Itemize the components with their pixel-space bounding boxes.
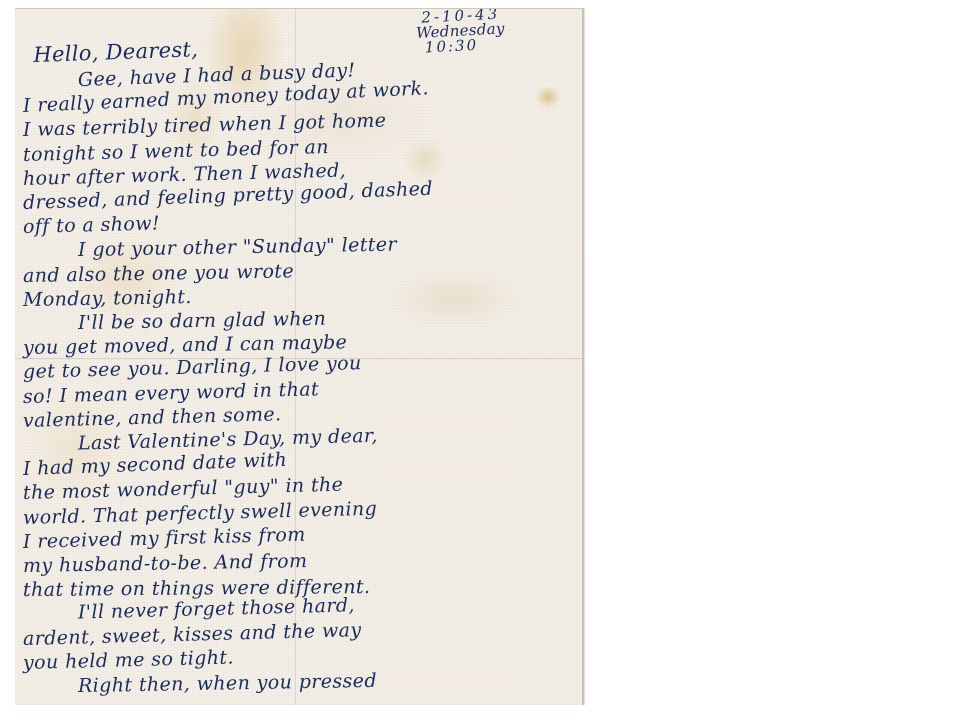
letter-time: 10:30 — [417, 36, 506, 56]
letter-line: my husband-to-be. And from — [23, 550, 308, 577]
letter-dateline: 2-10-43 Wednesday 10:30 — [415, 8, 506, 56]
letter-page: 2-10-43 Wednesday 10:30 Hello, Dearest, … — [15, 8, 584, 705]
letter-line: I'll be so darn glad when — [23, 308, 327, 335]
letter-greeting: Hello, Dearest, — [33, 37, 199, 67]
scan-canvas: 2-10-43 Wednesday 10:30 Hello, Dearest, … — [0, 0, 960, 720]
letter-line: and also the one you wrote — [23, 260, 294, 287]
letter-line: I got your other "Sunday" letter — [23, 234, 397, 263]
letter-line: Monday, tonight. — [23, 286, 192, 311]
letter-line: Right then, when you pressed — [23, 670, 377, 698]
letter-line: off to a show! — [23, 213, 160, 239]
letter-line: you held me so tight. — [23, 646, 234, 674]
